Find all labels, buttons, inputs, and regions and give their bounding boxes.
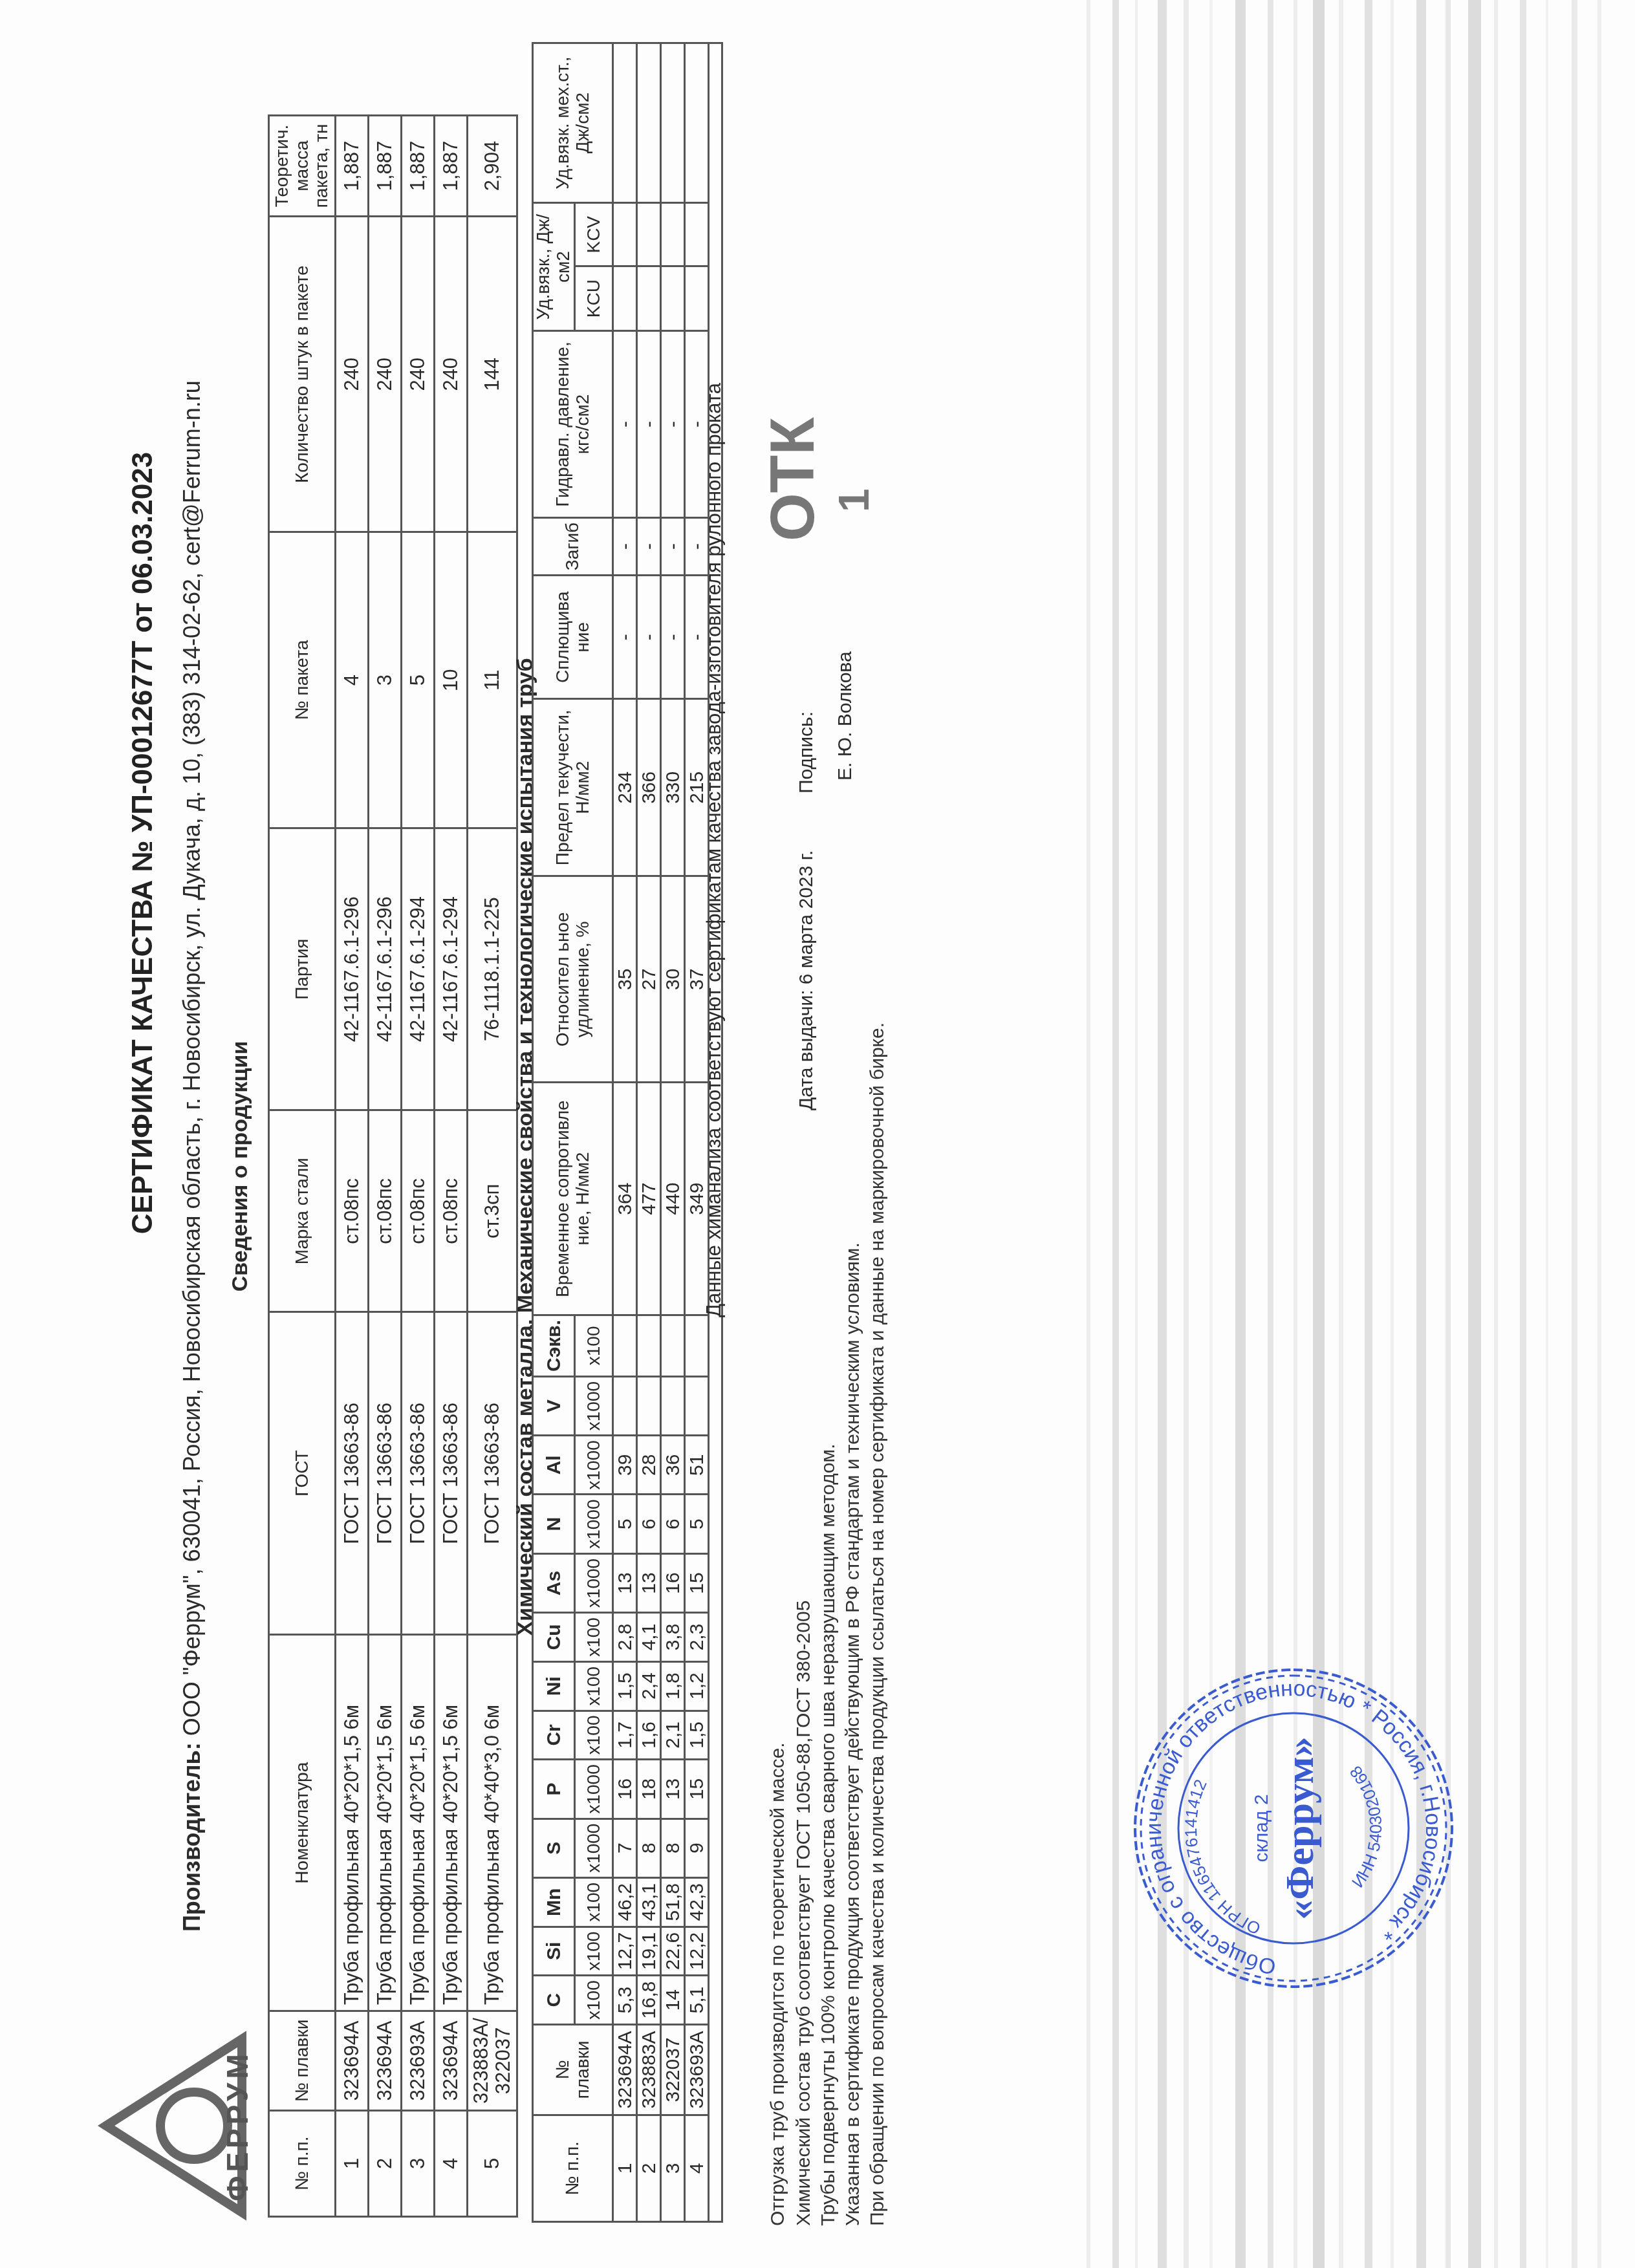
scan-streak bbox=[1520, 0, 1526, 2268]
col-element: S bbox=[533, 1819, 575, 1877]
table-cell: 2 bbox=[637, 2115, 661, 2222]
table-cell: 477 bbox=[637, 1083, 661, 1315]
table-cell: 240 bbox=[369, 216, 402, 532]
table-cell bbox=[661, 203, 685, 266]
col-element: C bbox=[533, 1976, 575, 2025]
table-cell bbox=[637, 43, 661, 203]
table-cell: ст.3сп bbox=[468, 1110, 517, 1312]
table-cell: 76-1118.1.1-225 bbox=[468, 828, 517, 1110]
table-cell: 10 bbox=[435, 532, 468, 828]
scan-streak bbox=[1112, 0, 1119, 2268]
table-cell: 1,5 bbox=[685, 1711, 709, 1760]
col-multiplier: x1000 bbox=[575, 1553, 613, 1612]
col-element: Cr bbox=[533, 1711, 575, 1760]
product-col-header: Марка стали bbox=[269, 1110, 336, 1312]
note-claims: При обращении по вопросам качества и кол… bbox=[867, 1022, 889, 2226]
col-bend: Загиб bbox=[533, 517, 613, 575]
table-cell: 2,8 bbox=[613, 1613, 637, 1662]
table-cell: 1 bbox=[613, 2115, 637, 2222]
table-cell: 1,8 bbox=[661, 1661, 685, 1711]
table-cell: 7 bbox=[613, 1819, 637, 1877]
table-cell: 30 bbox=[661, 876, 685, 1083]
table-cell: 364 bbox=[613, 1083, 637, 1315]
issue-date: Дата выдачи: 6 марта 2023 г. bbox=[796, 850, 817, 1110]
table-cell: 323694А bbox=[613, 2025, 637, 2115]
table-cell: ГОСТ 13663-86 bbox=[402, 1312, 435, 1635]
table-row: 5323883А/ 322037Труба профильная 40*40*3… bbox=[468, 116, 517, 2217]
table-row: 1323694А5,312,746,27161,71,52,8135393643… bbox=[613, 43, 637, 2222]
table-cell: 43,1 bbox=[637, 1877, 661, 1927]
table-row: 3323693АТруба профильная 40*20*1,5 6мГОС… bbox=[402, 116, 435, 2217]
col-multiplier: x100 bbox=[575, 1976, 613, 2025]
table-cell bbox=[613, 266, 637, 331]
product-table: № п.п.№ плавкиНоменклатураГОСТМарка стал… bbox=[268, 114, 518, 2218]
table-cell: 39 bbox=[613, 1436, 637, 1495]
table-cell: 1,5 bbox=[613, 1661, 637, 1711]
table-cell: ГОСТ 13663-86 bbox=[435, 1312, 468, 1635]
table-cell: 1,7 bbox=[613, 1711, 637, 1760]
table-cell: - bbox=[637, 576, 661, 699]
product-table-body: 1323694АТруба профильная 40*20*1,5 6мГОС… bbox=[336, 116, 517, 2217]
col-element: V bbox=[533, 1376, 575, 1435]
table-cell: 16,8 bbox=[637, 1976, 661, 2025]
table-cell: 1,887 bbox=[435, 116, 468, 217]
table-cell: ст.08пс bbox=[435, 1110, 468, 1312]
table-row: 1323694АТруба профильная 40*20*1,5 6мГОС… bbox=[336, 116, 369, 2217]
table-cell bbox=[685, 1315, 709, 1376]
table-cell: 22,6 bbox=[661, 1927, 685, 1976]
scan-streak bbox=[1546, 0, 1548, 2268]
note-compliance: Указанная в сертификате продукция соотве… bbox=[842, 1242, 864, 2226]
table-cell: Труба профильная 40*20*1,5 6м bbox=[369, 1635, 402, 2011]
table-cell: 2,904 bbox=[468, 116, 517, 217]
producer-line: Производитель: ООО "Феррум", 630041, Рос… bbox=[179, 380, 206, 1932]
table-cell: 4 bbox=[435, 2110, 468, 2216]
table-cell: 8 bbox=[661, 1819, 685, 1877]
chem-mechanical-table: № п.п.№ плавкиCSiMnSPCrNiCuAsNAlVСэкв.Вр… bbox=[532, 42, 723, 2223]
chem-footnote: Данные химанализа соответствуют сертифик… bbox=[702, 383, 726, 1317]
otk-stamp: ОТК bbox=[762, 417, 824, 541]
col-multiplier: x1000 bbox=[575, 1495, 613, 1553]
col-heat: № плавки bbox=[533, 2025, 613, 2115]
table-cell: ст.08пс bbox=[402, 1110, 435, 1312]
table-cell: 42-1167.6.1-294 bbox=[435, 828, 468, 1110]
table-cell: 323883А bbox=[637, 2025, 661, 2115]
col-element: Al bbox=[533, 1436, 575, 1495]
table-cell: 1,6 bbox=[637, 1711, 661, 1760]
table-cell: 6 bbox=[661, 1495, 685, 1553]
table-cell: 240 bbox=[336, 216, 369, 532]
producer-label: Производитель: bbox=[179, 1742, 205, 1932]
table-cell bbox=[685, 266, 709, 331]
company-seal: Общество с ограниченной ответственностью… bbox=[1125, 1660, 1462, 1996]
table-row: 33220371422,651,88132,11,83,816636440303… bbox=[661, 43, 685, 2222]
table-cell: 15 bbox=[685, 1553, 709, 1612]
signer-name: Е. Ю. Волкова bbox=[834, 651, 856, 781]
col-num: № п.п. bbox=[533, 2115, 613, 2222]
table-cell: 4 bbox=[685, 2115, 709, 2222]
signature-label: Подпись: bbox=[796, 711, 817, 794]
certificate-title-text: СЕРТИФИКАТ КАЧЕСТВА № УП-00012677Т от 06… bbox=[127, 452, 158, 1234]
scan-streak bbox=[1494, 0, 1498, 2268]
table-cell: 2,3 bbox=[685, 1613, 709, 1662]
table-cell: 323883А/ 322037 bbox=[468, 2011, 517, 2111]
table-cell: - bbox=[613, 576, 637, 699]
col-multiplier: x100 bbox=[575, 1315, 613, 1376]
table-row: 2323883А16,819,143,18181,62,44,113628477… bbox=[637, 43, 661, 2222]
col-multiplier: x100 bbox=[575, 1661, 613, 1711]
table-cell: 323694А bbox=[336, 2011, 369, 2111]
table-cell: 323694А bbox=[435, 2011, 468, 2111]
table-cell bbox=[661, 266, 685, 331]
table-cell bbox=[613, 203, 637, 266]
col-multiplier: x1000 bbox=[575, 1436, 613, 1495]
product-col-header: № плавки bbox=[269, 2011, 336, 2111]
col-element: P bbox=[533, 1760, 575, 1819]
col-multiplier: x100 bbox=[575, 1877, 613, 1927]
table-cell: 16 bbox=[613, 1760, 637, 1819]
table-cell bbox=[661, 43, 685, 203]
otk-stamp-number: 1 bbox=[829, 488, 878, 512]
table-cell: 323694А bbox=[369, 2011, 402, 2111]
table-cell: 5,1 bbox=[685, 1976, 709, 2025]
note-shipping: Отгрузка труб производится по теоретичес… bbox=[767, 1742, 789, 2226]
table-cell: 35 bbox=[613, 876, 637, 1083]
table-cell: 51,8 bbox=[661, 1877, 685, 1927]
table-cell: 13 bbox=[613, 1553, 637, 1612]
table-cell: - bbox=[661, 331, 685, 518]
product-section-caption: Сведения о продукции bbox=[228, 0, 253, 2268]
table-cell: Труба профильная 40*40*3,0 6м bbox=[468, 1635, 517, 2011]
col-element: Cu bbox=[533, 1613, 575, 1662]
table-cell: - bbox=[661, 517, 685, 575]
table-cell: Труба профильная 40*20*1,5 6м bbox=[435, 1635, 468, 2011]
chem-table-header: № п.п.№ плавкиCSiMnSPCrNiCuAsNAlVСэкв.Вр… bbox=[533, 43, 613, 2222]
note-weld-control: Трубы подвергнуты 100% контролю качества… bbox=[817, 1444, 839, 2227]
seal-company-name: «Феррум» bbox=[1278, 1736, 1322, 1919]
table-cell: 36 bbox=[661, 1436, 685, 1495]
table-cell: 4 bbox=[336, 532, 369, 828]
table-cell bbox=[613, 43, 637, 203]
col-kcu: KCU bbox=[575, 266, 613, 331]
scan-streak bbox=[1468, 0, 1481, 2268]
table-cell bbox=[685, 203, 709, 266]
table-cell: - bbox=[661, 576, 685, 699]
table-cell: 240 bbox=[402, 216, 435, 532]
table-cell: 366 bbox=[637, 699, 661, 876]
col-multiplier: x100 bbox=[575, 1711, 613, 1760]
col-tensile: Временное сопротивле ние, Н/мм2 bbox=[533, 1083, 613, 1315]
scan-streak bbox=[1572, 0, 1577, 2268]
col-element: Сэкв. bbox=[533, 1315, 575, 1376]
product-col-header: Номенклатура bbox=[269, 1635, 336, 2011]
table-cell: Труба профильная 40*20*1,5 6м bbox=[336, 1635, 369, 2011]
table-cell: 11 bbox=[468, 532, 517, 828]
table-cell: 42-1167.6.1-294 bbox=[402, 828, 435, 1110]
table-cell: 1,887 bbox=[369, 116, 402, 217]
col-element: As bbox=[533, 1553, 575, 1612]
table-cell: 9 bbox=[685, 1819, 709, 1877]
table-cell: 13 bbox=[661, 1760, 685, 1819]
col-element: N bbox=[533, 1495, 575, 1553]
table-cell: ГОСТ 13663-86 bbox=[336, 1312, 369, 1635]
chem-header-row: № п.п.№ плавкиCSiMnSPCrNiCuAsNAlVСэкв.Вр… bbox=[533, 43, 575, 2222]
table-cell: 12,2 bbox=[685, 1927, 709, 1976]
table-cell bbox=[637, 1315, 661, 1376]
table-cell: 27 bbox=[637, 876, 661, 1083]
table-cell: 18 bbox=[637, 1760, 661, 1819]
table-cell: 5,3 bbox=[613, 1976, 637, 2025]
table-cell: 3 bbox=[661, 2115, 685, 2222]
table-cell: 42-1167.6.1-296 bbox=[336, 828, 369, 1110]
col-hydro: Гидравл. давление, кгс/см2 bbox=[533, 331, 613, 518]
table-cell bbox=[637, 1376, 661, 1435]
table-cell: 5 bbox=[402, 532, 435, 828]
col-element: Ni bbox=[533, 1661, 575, 1711]
round-seal-icon: Общество с ограниченной ответственностью… bbox=[1125, 1660, 1462, 1996]
table-cell: 6 bbox=[637, 1495, 661, 1553]
table-cell: 323693А bbox=[402, 2011, 435, 2111]
scan-streak bbox=[1597, 0, 1601, 2268]
table-cell bbox=[661, 1315, 685, 1376]
table-cell: - bbox=[637, 517, 661, 575]
table-cell: 144 bbox=[468, 216, 517, 532]
col-elongation: Относител ьное удлинение, % bbox=[533, 876, 613, 1083]
product-col-header: Партия bbox=[269, 828, 336, 1110]
table-cell: 12,7 bbox=[613, 1927, 637, 1976]
table-cell: 323693А bbox=[685, 2025, 709, 2115]
table-cell: 3 bbox=[402, 2110, 435, 2216]
product-col-header: ГОСТ bbox=[269, 1312, 336, 1635]
scan-streak bbox=[1087, 0, 1090, 2268]
table-cell: 42,3 bbox=[685, 1877, 709, 1927]
table-cell bbox=[685, 1376, 709, 1435]
table-cell: - bbox=[613, 517, 637, 575]
seal-inn-text: ИНН 5403020168 bbox=[1346, 1762, 1386, 1891]
table-cell: 2 bbox=[369, 2110, 402, 2216]
seal-warehouse-text: склад 2 bbox=[1251, 1794, 1272, 1862]
table-cell bbox=[637, 203, 661, 266]
table-cell: 1,2 bbox=[685, 1661, 709, 1711]
table-cell: 4,1 bbox=[637, 1613, 661, 1662]
note-chemical-standard: Химический состав труб соответствует ГОС… bbox=[793, 1601, 815, 2226]
table-cell: 2,4 bbox=[637, 1661, 661, 1711]
col-multiplier: x100 bbox=[575, 1613, 613, 1662]
table-cell: 1,887 bbox=[402, 116, 435, 217]
col-flattening: Сплющива ние bbox=[533, 576, 613, 699]
product-section-caption-text: Сведения о продукции bbox=[228, 1041, 252, 1292]
table-cell bbox=[613, 1376, 637, 1435]
col-multiplier: x1000 bbox=[575, 1376, 613, 1435]
product-table-header: № п.п.№ плавкиНоменклатураГОСТМарка стал… bbox=[269, 116, 336, 2217]
col-multiplier: x100 bbox=[575, 1927, 613, 1976]
col-kcv: KCV bbox=[575, 203, 613, 266]
table-cell: 42-1167.6.1-296 bbox=[369, 828, 402, 1110]
col-element: Mn bbox=[533, 1877, 575, 1927]
col-yield: Предел текучести, Н/мм2 bbox=[533, 699, 613, 876]
table-cell: 8 bbox=[637, 1819, 661, 1877]
product-col-header: № п.п. bbox=[269, 2110, 336, 2216]
product-col-header: Количество штук в пакете bbox=[269, 216, 336, 532]
svg-text:ИНН 5403020168: ИНН 5403020168 bbox=[1346, 1762, 1386, 1891]
table-cell: 234 bbox=[613, 699, 637, 876]
table-cell bbox=[613, 1315, 637, 1376]
certificate-page: ФЕРРУМ СЕРТИФИКАТ КАЧЕСТВА № УП-00012677… bbox=[0, 0, 1635, 2268]
table-cell: 51 bbox=[685, 1436, 709, 1495]
table-cell bbox=[685, 43, 709, 203]
table-cell: ст.08пс bbox=[336, 1110, 369, 1312]
table-cell: 19,1 bbox=[637, 1927, 661, 1976]
table-cell: 5 bbox=[685, 1495, 709, 1553]
table-cell: 240 bbox=[435, 216, 468, 532]
table-cell: 1,887 bbox=[336, 116, 369, 217]
table-cell: 5 bbox=[613, 1495, 637, 1553]
table-cell: 1 bbox=[336, 2110, 369, 2216]
product-col-header: № пакета bbox=[269, 532, 336, 828]
table-row: 2323694АТруба профильная 40*20*1,5 6мГОС… bbox=[369, 116, 402, 2217]
table-cell bbox=[637, 266, 661, 331]
table-cell: - bbox=[613, 331, 637, 518]
col-element: Si bbox=[533, 1927, 575, 1976]
table-cell: ГОСТ 13663-86 bbox=[468, 1312, 517, 1635]
table-cell: 14 bbox=[661, 1976, 685, 2025]
col-multiplier: x1000 bbox=[575, 1819, 613, 1877]
product-col-header: Теоретич. масса пакета, тн bbox=[269, 116, 336, 217]
table-cell: 330 bbox=[661, 699, 685, 876]
table-cell: 3,8 bbox=[661, 1613, 685, 1662]
col-impact-group: Уд.вязк., Дж/см2 bbox=[533, 203, 575, 331]
table-cell: 440 bbox=[661, 1083, 685, 1315]
table-cell: Труба профильная 40*20*1,5 6м bbox=[402, 1635, 435, 2011]
table-cell: 5 bbox=[468, 2110, 517, 2216]
producer-details: ООО "Феррум", 630041, Россия, Новосибирс… bbox=[179, 380, 205, 1736]
table-cell: - bbox=[637, 331, 661, 518]
table-cell: 15 bbox=[685, 1760, 709, 1819]
table-cell: 322037 bbox=[661, 2025, 685, 2115]
col-multiplier: x1000 bbox=[575, 1760, 613, 1819]
col-impact-aged: Уд.вязк. мех.ст., Дж/см2 bbox=[533, 43, 613, 203]
table-cell bbox=[661, 1376, 685, 1435]
table-cell: ст.08пс bbox=[369, 1110, 402, 1312]
table-cell: 2,1 bbox=[661, 1711, 685, 1760]
table-cell: 16 bbox=[661, 1553, 685, 1612]
table-cell: 3 bbox=[369, 532, 402, 828]
table-cell: 46,2 bbox=[613, 1877, 637, 1927]
table-cell: ГОСТ 13663-86 bbox=[369, 1312, 402, 1635]
table-cell: 28 bbox=[637, 1436, 661, 1495]
certificate-title: СЕРТИФИКАТ КАЧЕСТВА № УП-00012677Т от 06… bbox=[127, 0, 159, 2268]
table-cell: 13 bbox=[637, 1553, 661, 1612]
table-row: 4323694АТруба профильная 40*20*1,5 6мГОС… bbox=[435, 116, 468, 2217]
